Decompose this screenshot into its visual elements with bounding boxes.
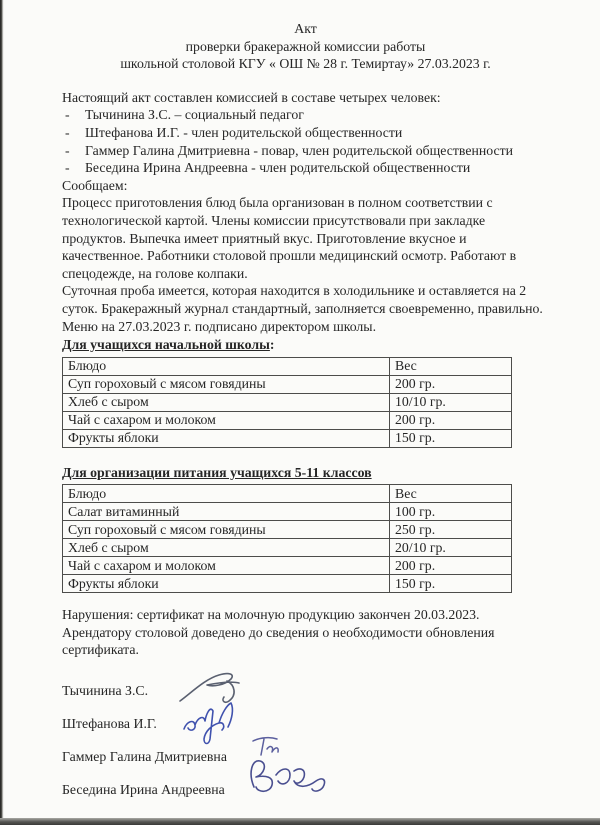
title-line-3: школьной столовой КГУ « ОШ № 28 г. Темир… <box>62 55 549 73</box>
column-header-dish: Блюдо <box>63 357 390 375</box>
title-line-1: Акт <box>62 20 549 38</box>
signatory-name: Штефанова И.Г. <box>62 715 157 733</box>
document-content: Акт проверки бракеражной комиссии работы… <box>0 0 600 808</box>
paragraph-daily-probe: Суточная проба имеется, которая находитс… <box>62 282 549 335</box>
commission-intro: Настоящий акт составлен комиссией в сост… <box>62 89 549 195</box>
cell-weight: 250 гр. <box>390 521 512 539</box>
table-heading-colon: : <box>270 337 275 352</box>
table-heading-text: Для организации питания учащихся 5-11 кл… <box>62 465 372 480</box>
table-header-row: Блюдо Вес <box>63 357 512 375</box>
list-item: - Беседина Ирина Андреевна - член родите… <box>62 159 549 177</box>
member-name-role: Штефанова И.Г. - член родительской общес… <box>85 124 402 142</box>
cell-weight: 150 гр. <box>390 429 512 447</box>
table-heading-grades-5-11: Для организации питания учащихся 5-11 кл… <box>62 464 549 482</box>
list-item: - Гаммер Галина Дмитриевна - повар, член… <box>62 142 549 160</box>
cell-weight: 10/10 гр. <box>390 393 512 411</box>
cell-weight: 200 гр. <box>390 375 512 393</box>
table-row: Чай с сахаром и молоком 200 гр. <box>63 557 512 575</box>
signatory-name: Беседина Ирина Андреевна <box>62 781 225 799</box>
list-item: - Тычинина З.С. – социальный педагог <box>62 106 549 124</box>
signature-row: Штефанова И.Г. <box>62 709 549 742</box>
table-row: Суп гороховый с мясом говядины 200 гр. <box>63 375 512 393</box>
cell-dish: Чай с сахаром и молоком <box>63 557 390 575</box>
member-name-role: Беседина Ирина Андреевна - член родитель… <box>85 159 470 177</box>
cell-dish: Суп гороховый с мясом говядины <box>63 521 390 539</box>
handwritten-signature <box>240 751 336 801</box>
table-row: Фрукты яблоки 150 гр. <box>63 429 512 447</box>
column-header-weight: Вес <box>390 485 512 503</box>
table-heading-text: Для учащихся начальной школы <box>62 337 270 352</box>
list-item: - Штефанова И.Г. - член родительской общ… <box>62 124 549 142</box>
member-name-role: Тычинина З.С. – социальный педагог <box>85 106 304 124</box>
table-row: Суп гороховый с мясом говядины 250 гр. <box>63 521 512 539</box>
table-row: Хлеб с сыром 20/10 гр. <box>63 539 512 557</box>
signature-block: Тычинина З.С. Штефанова И.Г. Гаммер Гали… <box>62 676 549 808</box>
signatory-name: Тычинина З.С. <box>62 682 148 700</box>
member-name-role: Гаммер Галина Дмитриевна - повар, член р… <box>85 142 513 160</box>
list-dash: - <box>62 142 85 160</box>
cell-weight: 200 гр. <box>390 557 512 575</box>
paragraph-violations: Нарушения: сертификат на молочную продук… <box>62 606 549 659</box>
table-row: Фрукты яблоки 150 гр. <box>63 575 512 593</box>
cell-dish: Фрукты яблоки <box>63 429 390 447</box>
cell-dish: Хлеб с сыром <box>63 539 390 557</box>
signature-row: Беседина Ирина Андреевна <box>62 775 549 808</box>
cell-dish: Фрукты яблоки <box>63 575 390 593</box>
paragraph-process: Процесс приготовления блюд была организо… <box>62 194 549 282</box>
cell-dish: Салат витаминный <box>63 503 390 521</box>
column-header-weight: Вес <box>390 357 512 375</box>
title-line-2: проверки бракеражной комиссии работы <box>62 38 549 56</box>
cell-weight: 20/10 гр. <box>390 539 512 557</box>
list-dash: - <box>62 124 85 142</box>
cell-weight: 100 гр. <box>390 503 512 521</box>
intro-lead: Настоящий акт составлен комиссией в сост… <box>62 89 549 107</box>
document-title: Акт проверки бракеражной комиссии работы… <box>62 20 549 73</box>
cell-dish: Суп гороховый с мясом говядины <box>63 375 390 393</box>
table-row: Хлеб с сыром 10/10 гр. <box>63 393 512 411</box>
report-label: Сообщаем: <box>62 177 549 195</box>
list-dash: - <box>62 159 85 177</box>
table-header-row: Блюдо Вес <box>63 485 512 503</box>
table-heading-primary-school: Для учащихся начальной школы: <box>62 336 549 354</box>
list-dash: - <box>62 106 85 124</box>
cell-weight: 150 гр. <box>390 575 512 593</box>
signature-row: Тычинина З.С. <box>62 676 549 709</box>
cell-dish: Хлеб с сыром <box>63 393 390 411</box>
signatory-name: Гаммер Галина Дмитриевна <box>62 748 227 766</box>
scanner-edge-bottom <box>0 818 600 825</box>
table-row: Чай с сахаром и молоком 200 гр. <box>63 411 512 429</box>
scanned-document-page: Акт проверки бракеражной комиссии работы… <box>0 0 600 825</box>
menu-table-primary-school: Блюдо Вес Суп гороховый с мясом говядины… <box>62 357 512 448</box>
cell-dish: Чай с сахаром и молоком <box>63 411 390 429</box>
menu-table-grades-5-11: Блюдо Вес Салат витаминный 100 гр. Суп г… <box>62 484 512 593</box>
column-header-dish: Блюдо <box>63 485 390 503</box>
cell-weight: 200 гр. <box>390 411 512 429</box>
table-row: Салат витаминный 100 гр. <box>63 503 512 521</box>
